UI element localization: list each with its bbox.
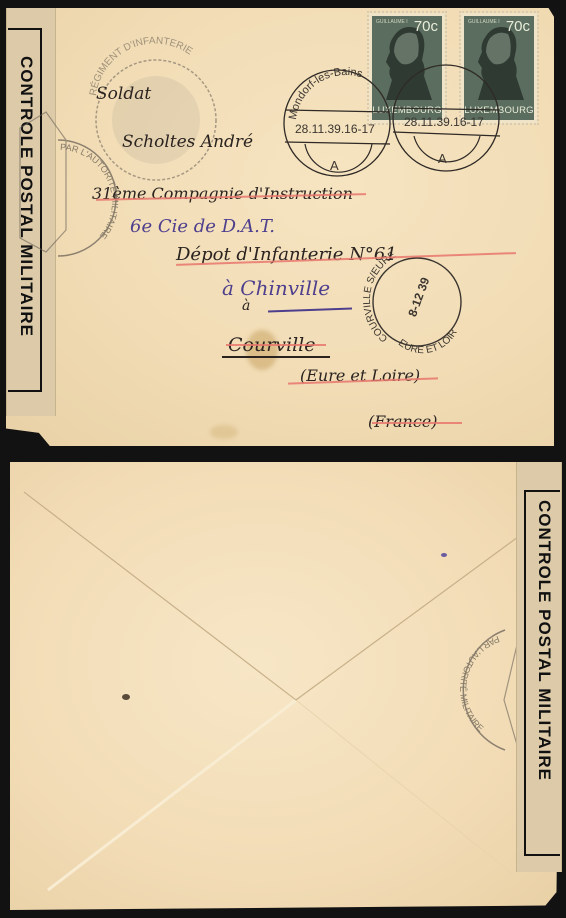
- censor-tape-label: CONTROLE POSTAL MILITAIRE: [534, 500, 554, 781]
- ink-spot: [441, 553, 447, 557]
- back-flap-layer: [0, 0, 566, 918]
- ink-spot: [122, 694, 130, 700]
